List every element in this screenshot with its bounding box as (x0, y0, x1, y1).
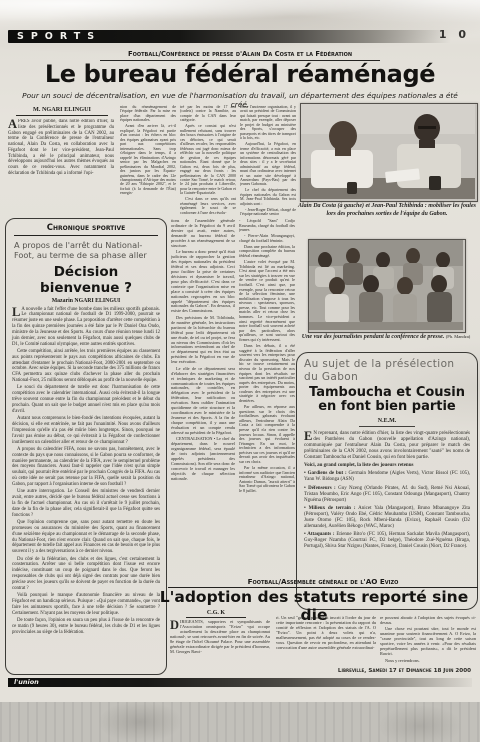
chronique-body: LA nouvelle a fait l'effet d'une bombe d… (12, 307, 160, 636)
scanner-background (0, 702, 480, 742)
footer-bar: l'union (8, 678, 472, 687)
paragraph: EN reprenant, dans notre édition d'hier,… (304, 431, 470, 461)
main-article-column-3: tré par les moins de 17 ans (cadets) con… (180, 105, 236, 216)
evizo-article-kicker: Football/Assemblée générale de l'AO Eviz… (168, 577, 478, 588)
edition-date: Libreville, Samedi 17 et Dimanche 18 Jui… (338, 668, 471, 674)
paragraph: Que l'opinion comprenne que, sans pour a… (12, 520, 160, 555)
paragraph: LA nouvelle a fait l'effet d'une bombe d… (12, 307, 160, 348)
paragraph: - Pierre-Alain Moungangoyi, chargé du fo… (239, 234, 295, 243)
paragraph: De toute façon, l'opinion en saura un pe… (12, 618, 160, 636)
player-category: • Attaquants : (304, 532, 335, 537)
caption-text: Une vue des journalistes pendant la conf… (302, 334, 445, 340)
paragraph: - Jean-Roger Délicat, chargé de l'équipe… (240, 208, 296, 216)
player-list-item: • Gardiens de but : Germain Mendome (Aig… (304, 471, 470, 483)
paragraph: ri. Un seul "grand" point était inscrit … (276, 616, 376, 651)
player-list-item: • Défenseurs : Guy Nzeng (Orlando Pirate… (304, 486, 470, 504)
paragraph: Dans l'ancienne organisation, il y avait… (240, 105, 296, 141)
paragraph: Voilà pourquoi le manque d'autonomie fin… (12, 593, 160, 616)
player-list-title: Voici, au grand complet, la liste des jo… (304, 463, 470, 469)
paragraph: tions de l'assemblée générale ordinaire … (171, 219, 235, 249)
paragraph: APRÈS avoir publié, dans notre édition d… (8, 119, 114, 177)
section-label: SPORTS (8, 30, 460, 43)
paragraph: nion du réaménagement de l'équipe fédéra… (120, 105, 176, 123)
page-number: 1 0 (439, 28, 470, 41)
paragraph: Dans les débats, il a été suggéré à la f… (239, 344, 295, 404)
main-article-headline: Le bureau fédéral réaménagé (30, 60, 450, 88)
paragraph: Des précisions de M. Tchibinda, de maniè… (171, 316, 235, 365)
chronique-byline: Mazarin NGARI ELINGUI (12, 298, 160, 304)
paragraph: re pouvant aboutir à l'adoption des suje… (380, 616, 476, 626)
main-article-column-1: APRÈS avoir publié, dans notre édition d… (8, 119, 114, 216)
photo-caption: Alain Da Costa (à gauche) et Jean-Paul T… (294, 203, 480, 218)
paragraph: Après ce constat qui n'est nullement rel… (180, 124, 236, 196)
paragraph: Une chose est pourtant sûre, tout le mon… (380, 627, 476, 657)
main-article-column-6: - Léopold "Sam" Codjo Rawumba, chargé du… (239, 219, 295, 575)
paragraph: Par la même occasion, il a informé son a… (239, 466, 295, 493)
section-header-bar: SPORTS (8, 30, 460, 43)
photo-credit: (Ph. Mandza) (446, 334, 471, 339)
evizo-column-2: ri. Un seul "grand" point était inscrit … (276, 616, 376, 673)
paragraph: Une autre interrogation. Le Conseil des … (12, 489, 160, 518)
paragraph: - Léopold "Sam" Codjo Rawumba, chargé du… (239, 219, 295, 233)
player-list-item: • Attaquants : Etienne Bito'o (FC 105), … (304, 532, 470, 550)
chronique-headline: Décision bienvenue ? (12, 264, 160, 296)
paragraph: Nous y reviendrons. (380, 659, 476, 664)
paragraph: Avant d'en arriver là, a-t-il expliqué, … (120, 124, 176, 196)
paragraph: A propos du calendrier FIFA, nous ne sav… (12, 447, 160, 488)
evizo-column-1: DIRIGEANTS, supporters et sympathisants … (170, 620, 270, 673)
evizo-article-byline: C.G. K (186, 610, 246, 618)
chronique-kicker: A propos de l'arrêt du National-Foot, au… (14, 240, 158, 261)
paragraph: Du côté de la fédération, des clubs et d… (12, 557, 160, 592)
main-article-byline: M. NGARI ELINGUI (16, 106, 108, 116)
paragraph: tré par les moins de 17 ans (cadets) con… (180, 105, 236, 123)
paragraph: Aujourd'hui, la Fégafoot, en terme d'eff… (240, 142, 296, 187)
newspaper-name: l'union (8, 678, 472, 687)
paragraph: CENTRALISATION • Le chef du département,… (171, 437, 235, 481)
press-conference-photo-graphic (301, 104, 475, 199)
chronique-header: Chronique sportive (14, 223, 158, 236)
preselection-box: Au sujet de la présélection du Gabon Tam… (296, 352, 478, 610)
player-list-item: • Milieux de terrain : Anicet Yala (Mang… (304, 506, 470, 530)
preselection-body: EN reprenant, dans notre édition d'hier,… (304, 431, 470, 551)
paragraph: Le chef du département des équipes natio… (240, 188, 296, 206)
paragraph: Cette compétition, ainsi arrêtée, les tr… (12, 349, 160, 384)
main-article-column-4: Dans l'ancienne organisation, il y avait… (240, 105, 296, 216)
paragraph: Le rôle de ce département sera d'élabore… (171, 367, 235, 436)
player-category: • Défenseurs : (304, 486, 336, 491)
journalists-photo-graphic (309, 240, 463, 330)
evizo-column-3: re pouvant aboutir à l'adoption des suje… (380, 616, 476, 673)
preselection-kicker: Au sujet de la présélection du Gabon (304, 358, 470, 383)
photo-caption: Une vue des journalistes pendant la conf… (298, 334, 474, 342)
main-article-column-2: nion du réaménagement de l'équipe fédéra… (120, 105, 176, 216)
preselection-byline: N.E.M. (359, 418, 415, 427)
paragraph: Dans une prochaine édition, la compositi… (239, 245, 295, 259)
paragraph: L'autre volet évoqué par M. Tchibinda es… (239, 260, 295, 342)
paragraph: Le souci du département de tutelle est d… (12, 385, 160, 414)
chronique-sportive-box: Chronique sportive A propos de l'arrêt d… (5, 218, 167, 675)
paragraph: C'est dans ce sens qu'ils ont réaménagé … (180, 197, 236, 215)
preselection-headline: Tamboucha et Cousin en font bien partie (304, 386, 470, 415)
paragraph: DIRIGEANTS, supporters et sympathisants … (170, 620, 270, 655)
press-conference-photo (300, 103, 478, 202)
player-category: • Milieux de terrain : (304, 506, 356, 511)
player-category: • Gardiens de but : (304, 471, 347, 476)
paragraph: Par ailleurs, en réponse aux questions s… (239, 405, 295, 465)
journalists-photo (308, 239, 466, 333)
paragraph: Autant nous comprenons le bien-fondé des… (12, 416, 160, 445)
paragraph: Le bureau a donc pensé qu'il était judic… (171, 250, 235, 314)
newspaper-page: SPORTS 1 0 Football/Conférence de presse… (0, 0, 480, 702)
main-article-column-5: tions de l'assemblée générale ordinaire … (171, 219, 235, 575)
